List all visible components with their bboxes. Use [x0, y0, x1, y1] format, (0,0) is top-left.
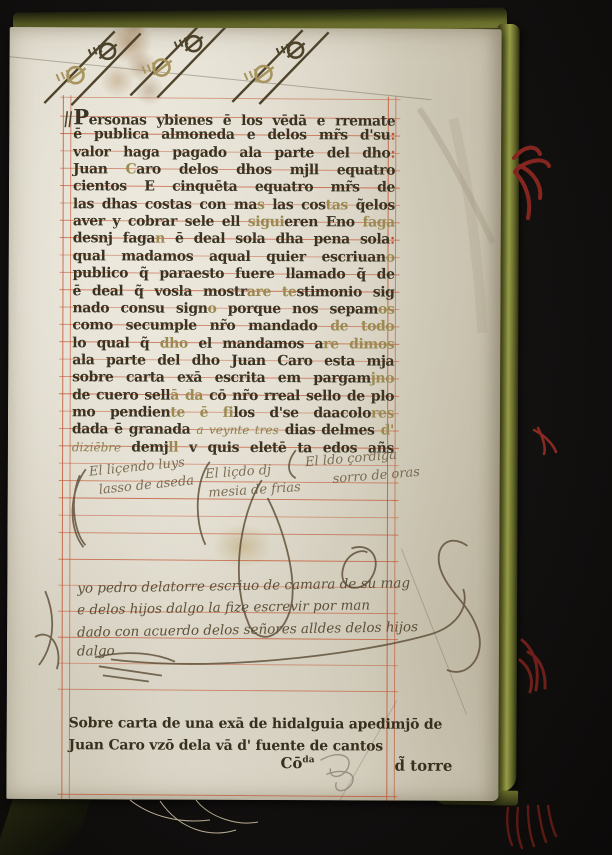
text-line: Personas ybienes ē los vēdā e rremate	[73, 109, 395, 127]
text-line: cientos E cinquēta equatro mr̃s de	[73, 179, 395, 197]
silk-tie-top	[514, 148, 549, 218]
contada-sup: da	[302, 755, 314, 765]
text-line: de cuero sellā da cō nr̃o rreal sello de…	[72, 387, 394, 405]
text-line: valor haga pagado ala parte del dho:	[73, 144, 395, 162]
contada-note: Cōda	[280, 754, 314, 772]
binding-fringe	[507, 806, 556, 848]
text-line: aver y cobrar sele ell siguieren Eno fag…	[73, 213, 395, 231]
signature-middle-name: El liçdo dj	[205, 463, 272, 482]
contada-base: Cō	[280, 754, 302, 772]
silk-tie-middle	[520, 640, 545, 692]
text-line: ē publica almoneda e delos mr̃s d'su:	[73, 127, 395, 145]
clerk-note-line: dalgo	[77, 643, 115, 660]
text-line: nado consu signo porque nos sepamos	[72, 300, 394, 318]
page-surface: Personas ybienes ē los vēdā e rremateē p…	[6, 27, 501, 801]
signature-middle-surname: mesia de frias	[208, 480, 301, 501]
clerk-note-line: e delos hijos dalgo la fize escrevir por…	[77, 597, 370, 618]
text-line: ē deal q̃ vosla mostrare testimonio sig	[72, 283, 394, 301]
parchment-stain-small	[207, 520, 277, 572]
text-line: mo pendiente ē filos d'se daacolores	[72, 404, 394, 422]
text-line: ala parte del dho Juan Caro esta mja	[72, 352, 394, 370]
caption-line-2: Juan Caro vzō dela vā d' fuente de canto…	[69, 737, 383, 754]
caption-line-1: Sobre carta de una exā de hidalguia aped…	[69, 715, 443, 733]
text-line: dada ē granada a veynte tres dias delmes…	[72, 422, 394, 440]
signature-middle: El liçdo dj mesia de frias	[205, 461, 302, 501]
clerk-note-line: yo pedro delatorre escriuo de camara de …	[77, 575, 410, 597]
text-line: lo qual q̃ dho el mandamos are dimos	[72, 335, 394, 353]
contada-rubric	[320, 755, 353, 791]
text-line: Juan Caro delos dhos mjll equatro	[73, 161, 395, 179]
contada-suffix: d̃ torre	[394, 757, 452, 775]
paragraph-mark	[65, 111, 71, 127]
photo-backdrop: Personas ybienes ē los vēdā e rremateē p…	[0, 0, 612, 855]
text-line: desnj fagan ē deal sola dha pena sola:	[73, 231, 395, 249]
page-fibers	[130, 800, 258, 833]
text-line: como secumple nr̃o mandado de todo	[72, 317, 394, 335]
signature-left: El liçendo luys lasso de aseda	[88, 454, 194, 498]
silk-tie-wisp	[534, 428, 556, 454]
text-line: publico q̃ paraesto fuere llamado q̃ de	[73, 265, 395, 283]
text-line: sobre carta exā escrita em pargamjno	[72, 369, 394, 387]
parchment-stain	[93, 27, 173, 110]
text-line: qual madamos aqual quier escriuano	[73, 248, 395, 266]
manuscript-page: Personas ybienes ē los vēdā e rremateē p…	[6, 27, 501, 801]
signature-right-surname: sorro de oras	[332, 465, 420, 487]
text-line: las dhas costas con mas las costas q̃elo…	[73, 196, 395, 214]
book-cover-bottom-left	[0, 798, 91, 855]
clerk-note-line: dado con acuerdo delos señores alldes de…	[77, 619, 418, 641]
